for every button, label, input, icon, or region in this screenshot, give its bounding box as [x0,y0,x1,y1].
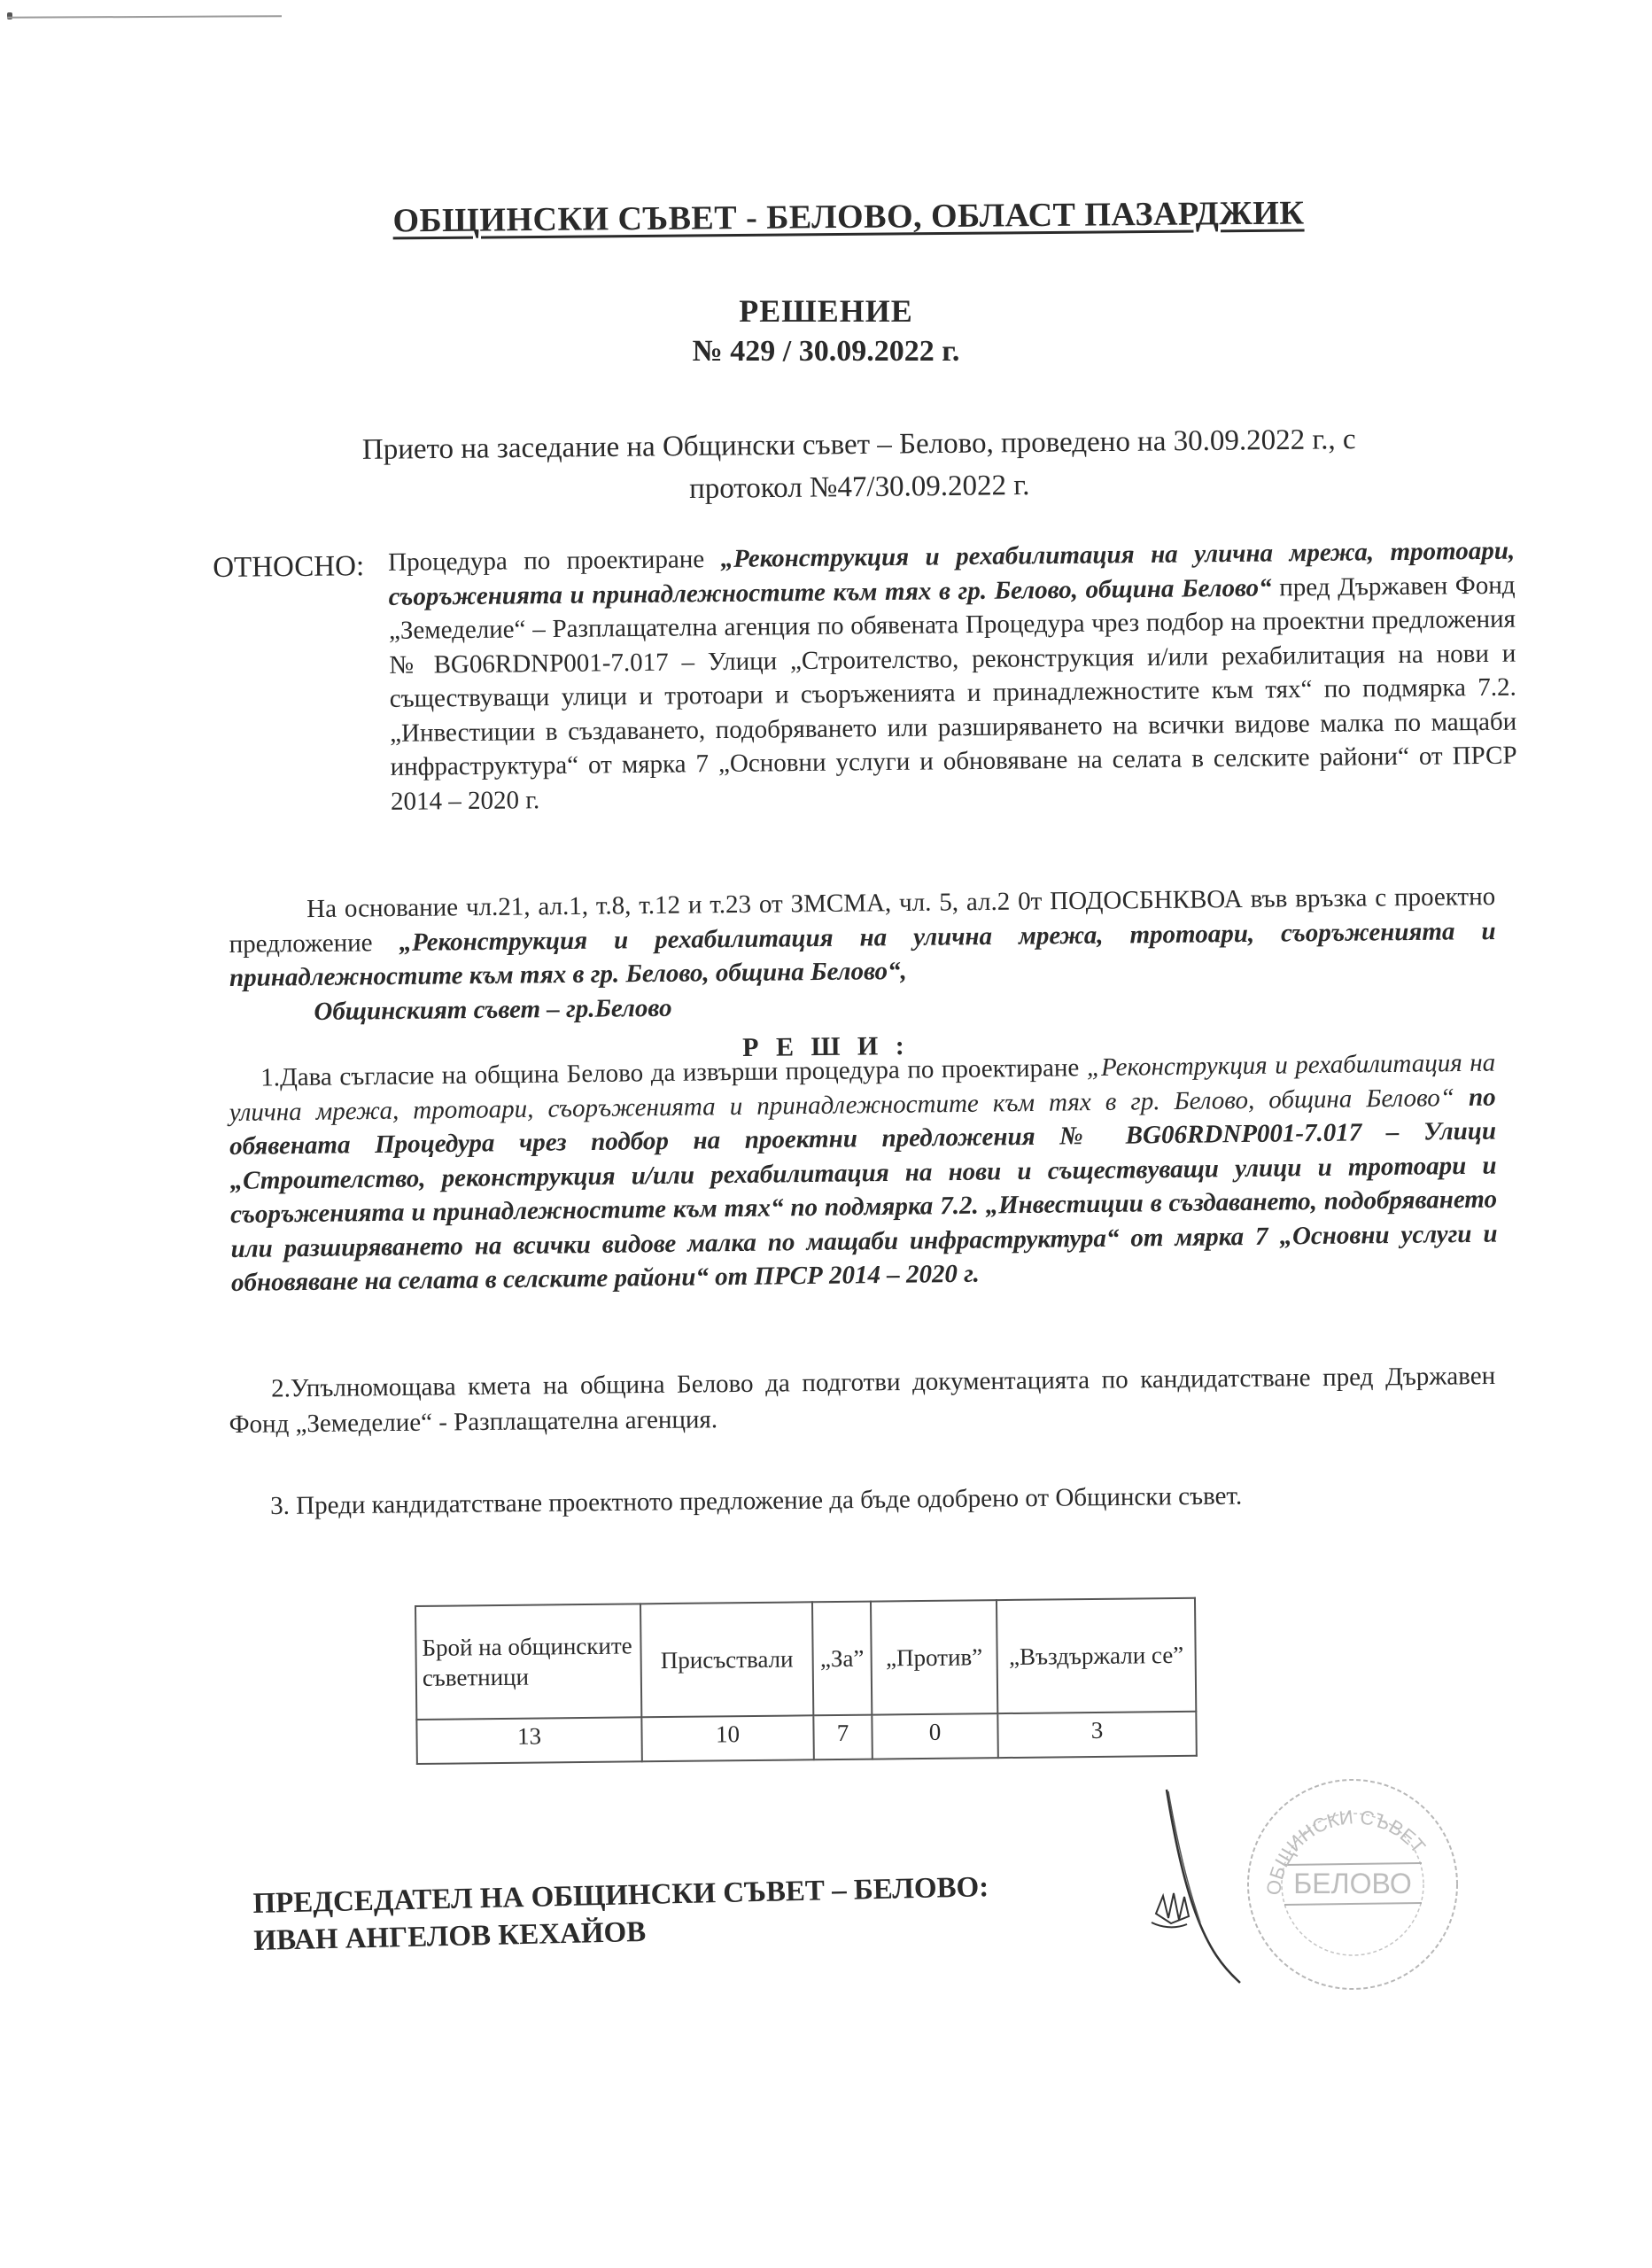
adoption-info: Прието на заседание на Общински съвет – … [221,416,1498,515]
table-row: 13 10 7 0 3 [416,1712,1196,1764]
decision-number: № 429 / 30.09.2022 г. [0,335,1652,369]
decision-item-1: 1.Дава съгласие на община Белово да извъ… [229,1046,1498,1301]
signature-icon [1147,1781,1253,1984]
header-for: „За” [812,1602,872,1716]
decision-item-2: 2.Упълномощава кмета на община Белово да… [229,1358,1496,1442]
header-present: Присъствали [640,1602,813,1717]
value-against: 0 [872,1713,998,1759]
item-1-lead: 1.Дава съгласие на община Белово да извъ… [260,1053,1087,1091]
header-abstained: „Въздържали се” [997,1598,1196,1713]
decision-heading: РЕШЕНИЕ [0,292,1652,330]
scan-line [7,15,282,19]
basis-project-title: „Реконструкция и рехабилитация на улична… [229,917,1496,992]
value-for: 7 [813,1715,873,1760]
value-present: 10 [641,1715,814,1761]
header-against: „Против” [871,1600,997,1714]
decision-item-3: 3. Преди кандидатстване проектното предл… [270,1475,1510,1524]
value-council-members: 13 [416,1717,642,1764]
table-header-row: Брой на общинските съветници Присъствали… [415,1598,1196,1720]
council-title: ОБЩИНСКИ СЪВЕТ - БЕЛОВО, ОБЛАСТ ПАЗАРДЖИ… [335,193,1362,241]
header-council-members: Брой на общинските съветници [415,1604,641,1720]
value-abstained: 3 [997,1712,1197,1758]
legal-basis: На основание чл.21, ал.1, т.8, т.12 и т.… [229,880,1497,1029]
stamp-center-text: БЕЛОВО [1293,1868,1411,1899]
regarding-section: ОТНОСНО: Процедура по проектиране „Рекон… [213,534,1517,820]
regarding-text: Процедура по проектиране „Реконструкция … [213,534,1517,820]
document-page: ОБЩИНСКИ СЪВЕТ - БЕЛОВО, ОБЛАСТ ПАЗАРДЖИ… [0,0,1652,2268]
vote-results-table: Брой на общинските съветници Присъствали… [415,1597,1198,1765]
regarding-label: ОТНОСНО: [213,549,364,585]
signatory-block: ПРЕДСЕДАТЕЛ НА ОБЩИНСКИ СЪВЕТ – БЕЛОВО: … [252,1868,990,1960]
regarding-intro: Процедура по проектиране [388,545,721,577]
official-stamp-icon: БЕЛОВО ОБЩИНСКИ СЪВЕТ [1245,1776,1462,1993]
